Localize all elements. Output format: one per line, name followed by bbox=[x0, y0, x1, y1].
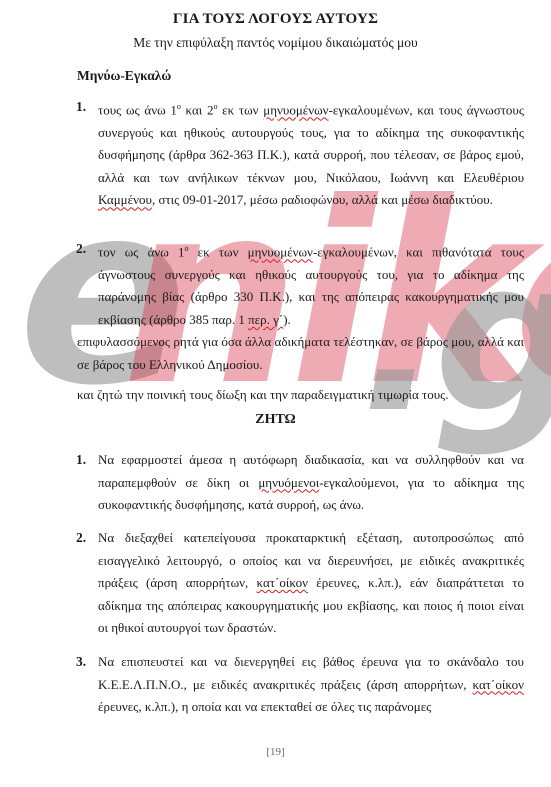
list-number: 2. bbox=[76, 527, 86, 550]
menyo-item-1: 1. τους ως άνω 1ο και 2ο εκ των μηνυομέν… bbox=[98, 96, 524, 212]
text: τους ως άνω 1 bbox=[98, 102, 177, 117]
list-number: 1. bbox=[76, 449, 86, 472]
text: εκ των bbox=[217, 102, 263, 117]
page-number: [19] bbox=[0, 746, 551, 758]
list-number: 2. bbox=[76, 238, 86, 261]
spellcheck-word: Καμμένου bbox=[98, 192, 152, 207]
reservation-paragraph: επιφυλασσόμενος ρητά για όσα άλλα αδικήμ… bbox=[77, 331, 524, 376]
spellcheck-word: μηνυομένων bbox=[248, 244, 313, 259]
zito-heading: ΖΗΤΩ bbox=[0, 412, 551, 428]
spellcheck-word: κατ΄οίκον bbox=[257, 575, 308, 590]
section-heading-menyo: Μηνύω-Εγκαλώ bbox=[77, 68, 171, 84]
zito-item-2: 2. Να διεξαχθεί κατεπείγουσα προκαταρκτι… bbox=[98, 527, 524, 640]
list-number: 1. bbox=[76, 96, 86, 119]
text: και 2 bbox=[181, 102, 214, 117]
text: τον ως άνω 1 bbox=[98, 244, 185, 259]
text: έρευνες, κ.λπ.), η οποία και να επεκταθε… bbox=[98, 699, 431, 714]
text: , στις 09-01-2017, μέσω ραδιοφώνου, αλλά… bbox=[152, 192, 493, 207]
menyo-item-2: 2. τον ως άνω 1ο εκ των μηνυομένων-εγκαλ… bbox=[98, 238, 524, 331]
spellcheck-word: κατ΄οίκον bbox=[473, 677, 524, 692]
zito-item-1: 1. Να εφαρμοστεί άμεσα η αυτόφωρη διαδικ… bbox=[98, 449, 524, 517]
document-page: e nikos .gr ΓΙΑ ΤΟΥΣ ΛΟΓΟΥΣ ΑΥΤΟΥΣ Με τη… bbox=[0, 0, 551, 787]
text: Να επισπευστεί και να διενεργηθεί εις βά… bbox=[98, 654, 524, 692]
text: ). bbox=[283, 312, 291, 327]
document-subtitle: Με την επιφύλαξη παντός νομίμου δικαιώμα… bbox=[0, 35, 551, 51]
list-number: 3. bbox=[76, 651, 86, 674]
text: εκ των bbox=[189, 244, 248, 259]
zito-item-3: 3. Να επισπευστεί και να διενεργηθεί εις… bbox=[98, 651, 524, 719]
document-title: ΓΙΑ ΤΟΥΣ ΛΟΓΟΥΣ ΑΥΤΟΥΣ bbox=[0, 11, 551, 28]
spellcheck-word: μηνυομένων bbox=[263, 102, 328, 117]
request-paragraph: και ζητώ την ποινική τους δίωξη και την … bbox=[77, 384, 524, 407]
text-layer: ΓΙΑ ΤΟΥΣ ΛΟΓΟΥΣ ΑΥΤΟΥΣ Με την επιφύλαξη … bbox=[0, 0, 551, 787]
spellcheck-word: περ. γ΄ bbox=[248, 312, 283, 327]
spellcheck-word: μηνυόμενοι bbox=[258, 475, 319, 490]
